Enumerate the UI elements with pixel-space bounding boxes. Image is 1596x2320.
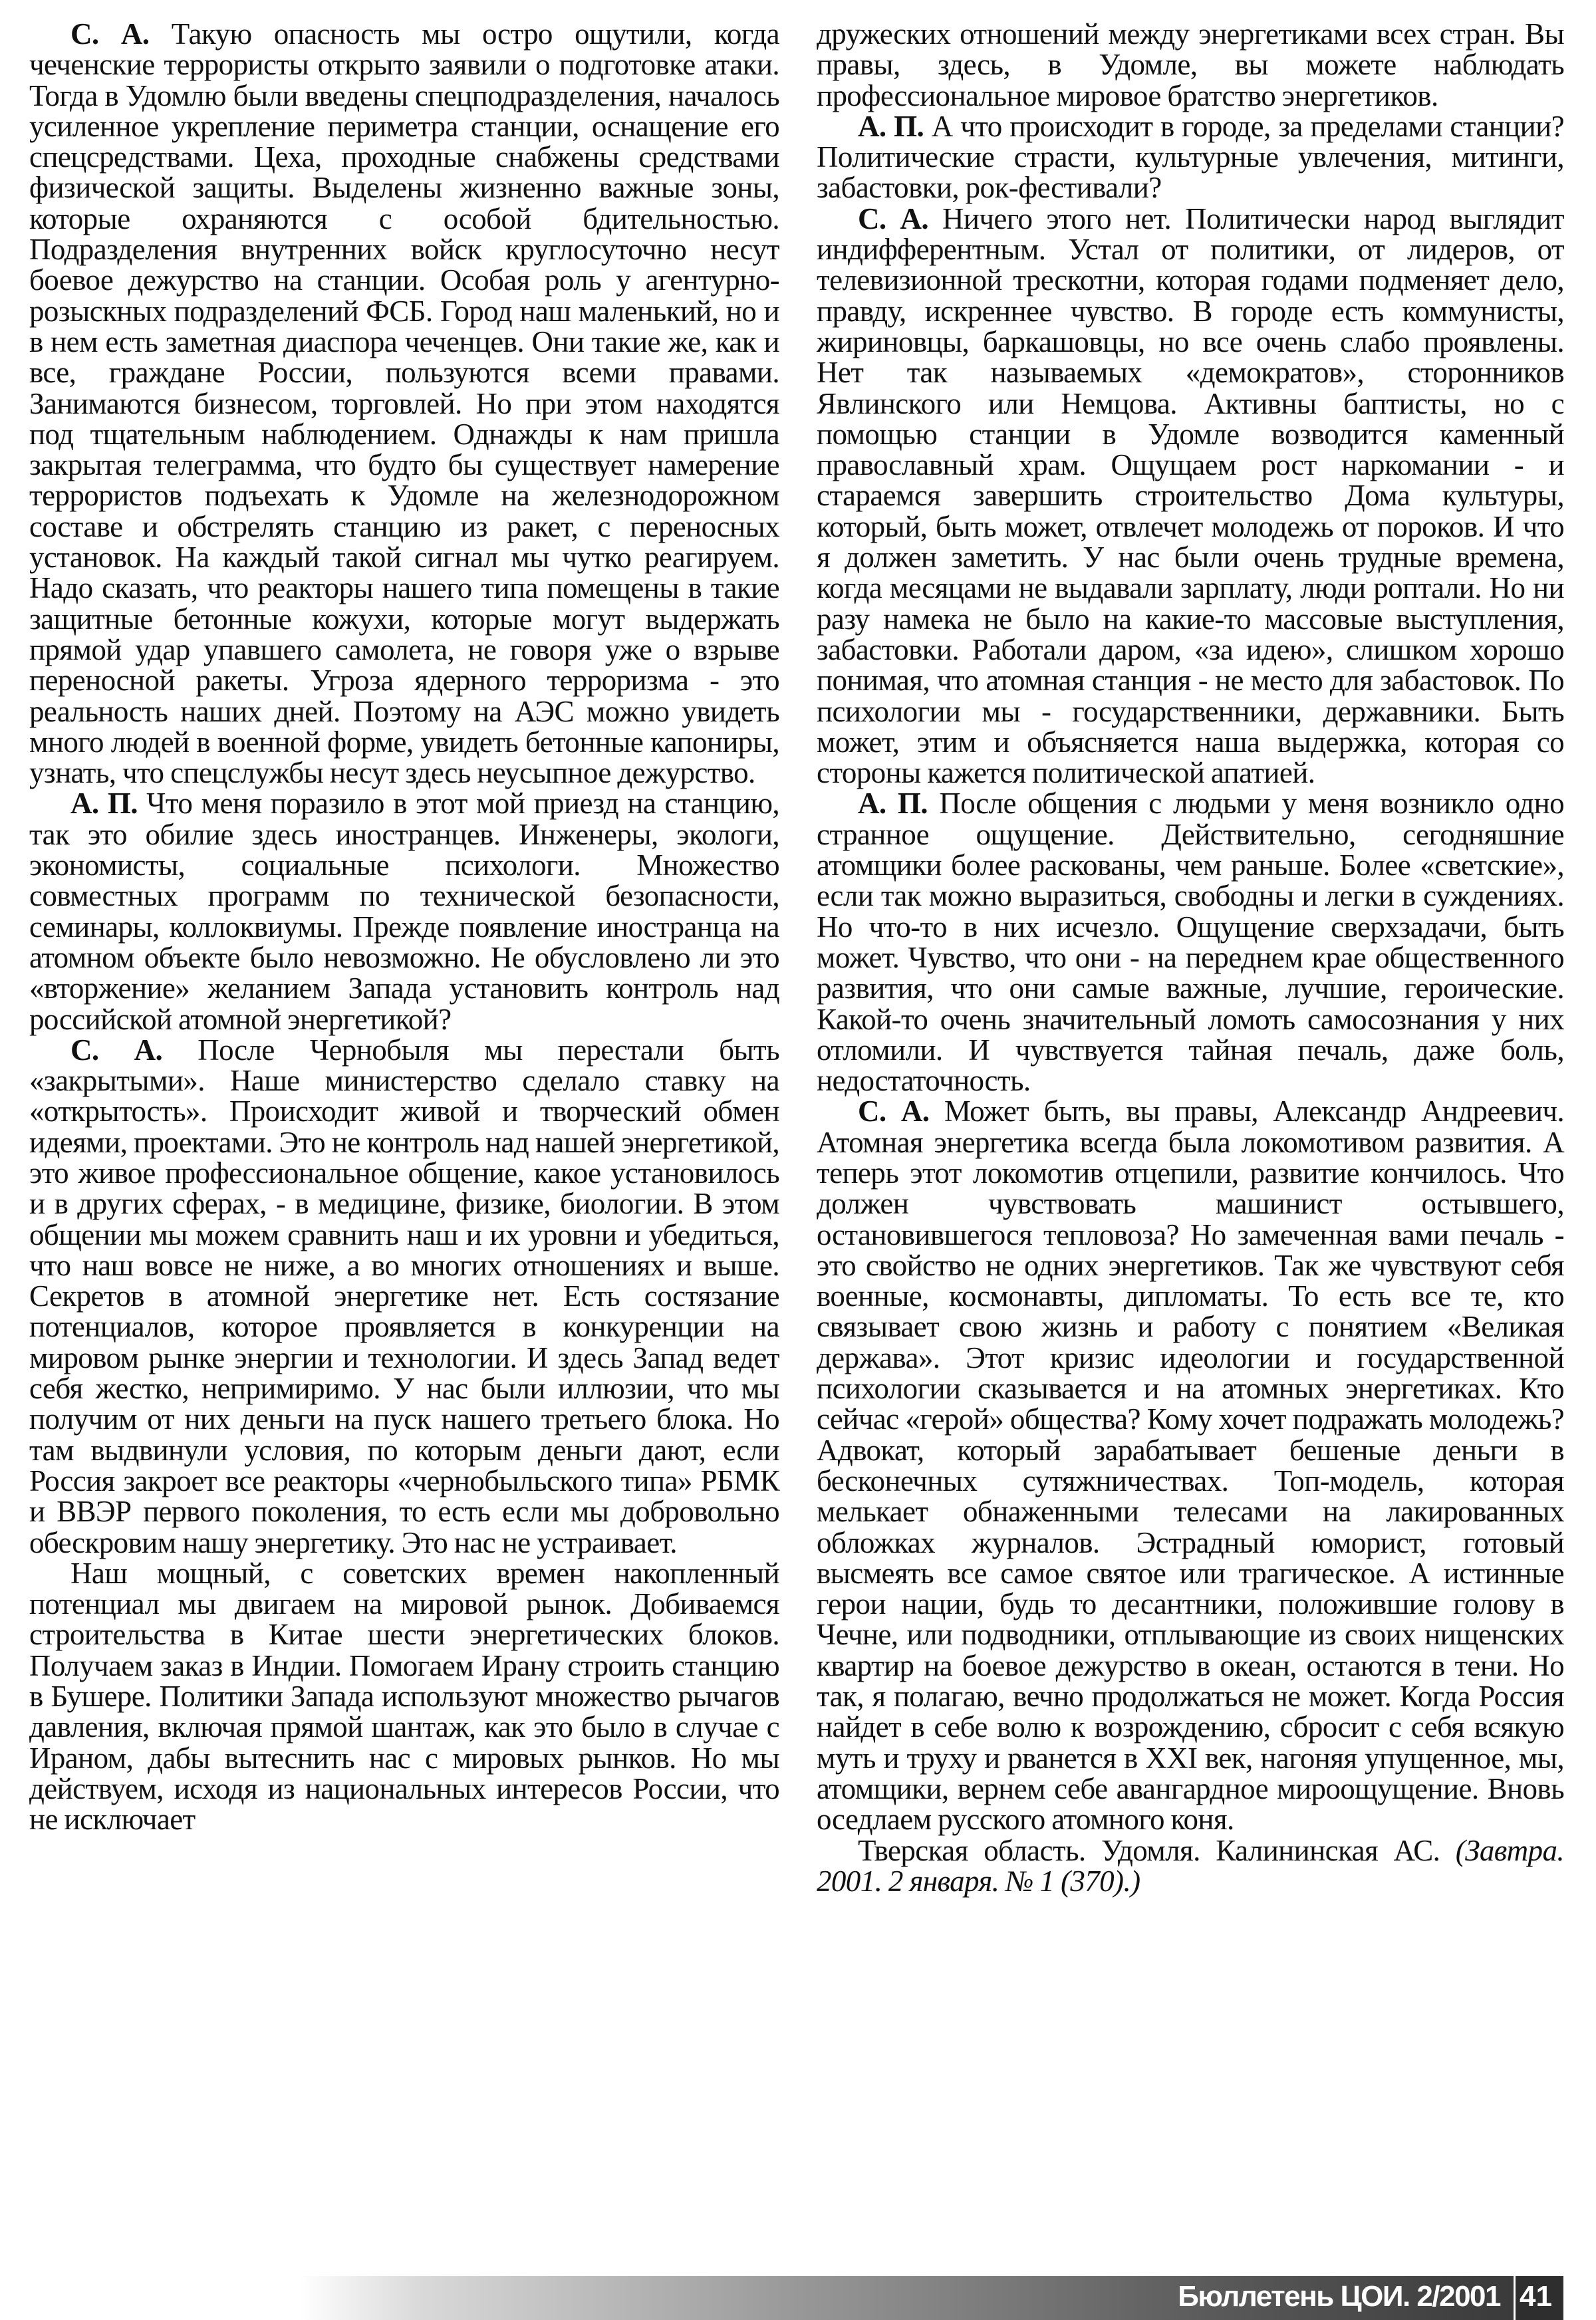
paragraph: С. А. После Чернобыля мы перестали быть … bbox=[29, 1035, 779, 1558]
speaker-label: С. А. bbox=[70, 1033, 162, 1067]
left-column: С. А. Такую опасность мы остро ощутили, … bbox=[29, 19, 779, 1835]
source-place: Тверская область. Удомля. Калининская АС… bbox=[858, 1834, 1440, 1867]
paragraph: С. А. Такую опасность мы остро ощутили, … bbox=[29, 19, 779, 788]
paragraph-text: дружеских отношений между энергетиками в… bbox=[817, 17, 1564, 112]
speaker-label: С. А. bbox=[70, 17, 149, 51]
speaker-label: А. П. bbox=[858, 110, 924, 143]
paragraph-text: А что происходит в городе, за пределами … bbox=[817, 110, 1564, 205]
paragraph: А. П. А что происходит в городе, за пред… bbox=[817, 111, 1564, 203]
paragraph-text: После Чернобыля мы перестали быть «закры… bbox=[29, 1033, 779, 1559]
paragraph-text: После общения с людьми у меня возникло о… bbox=[817, 787, 1564, 1097]
footer-bar: Бюллетень ЦОИ. 2/2001 bbox=[299, 2276, 1514, 2320]
paragraph: А. П. Что меня поразило в этот мой приез… bbox=[29, 788, 779, 1034]
paragraph-text: Ничего этого нет. Политически народ выгл… bbox=[817, 202, 1564, 789]
paragraph-continuation: дружеских отношений между энергетиками в… bbox=[817, 19, 1564, 111]
paragraph-text: Наш мощный, с советских времен накопленн… bbox=[29, 1557, 779, 1836]
page-number-box: 41 bbox=[1516, 2276, 1563, 2320]
source-line: Тверская область. Удомля. Калининская АС… bbox=[817, 1835, 1564, 1897]
speaker-label: С. А. bbox=[858, 202, 928, 235]
paragraph-text: Может быть, вы правы, Александр Андрееви… bbox=[817, 1095, 1564, 1836]
paragraph-text: Что меня поразило в этот мой приезд на с… bbox=[29, 787, 779, 1035]
paragraph: С. А. Может быть, вы правы, Александр Ан… bbox=[817, 1096, 1564, 1835]
speaker-label: С. А. bbox=[858, 1095, 929, 1128]
paragraph: С. А. Ничего этого нет. Политически наро… bbox=[817, 203, 1564, 789]
speaker-label: А. П. bbox=[70, 787, 138, 820]
publication-title: Бюллетень ЦОИ. 2/2001 bbox=[1178, 2280, 1500, 2313]
paragraph: А. П. После общения с людьми у меня возн… bbox=[817, 788, 1564, 1096]
page-number: 41 bbox=[1520, 2280, 1552, 2313]
paragraph: Наш мощный, с советских времен накопленн… bbox=[29, 1558, 779, 1835]
paragraph-text: Такую опасность мы остро ощутили, когда … bbox=[29, 17, 779, 789]
speaker-label: А. П. bbox=[858, 787, 928, 820]
right-column: дружеских отношений между энергетиками в… bbox=[817, 19, 1564, 1896]
magazine-page: С. А. Такую опасность мы остро ощутили, … bbox=[0, 0, 1596, 2320]
